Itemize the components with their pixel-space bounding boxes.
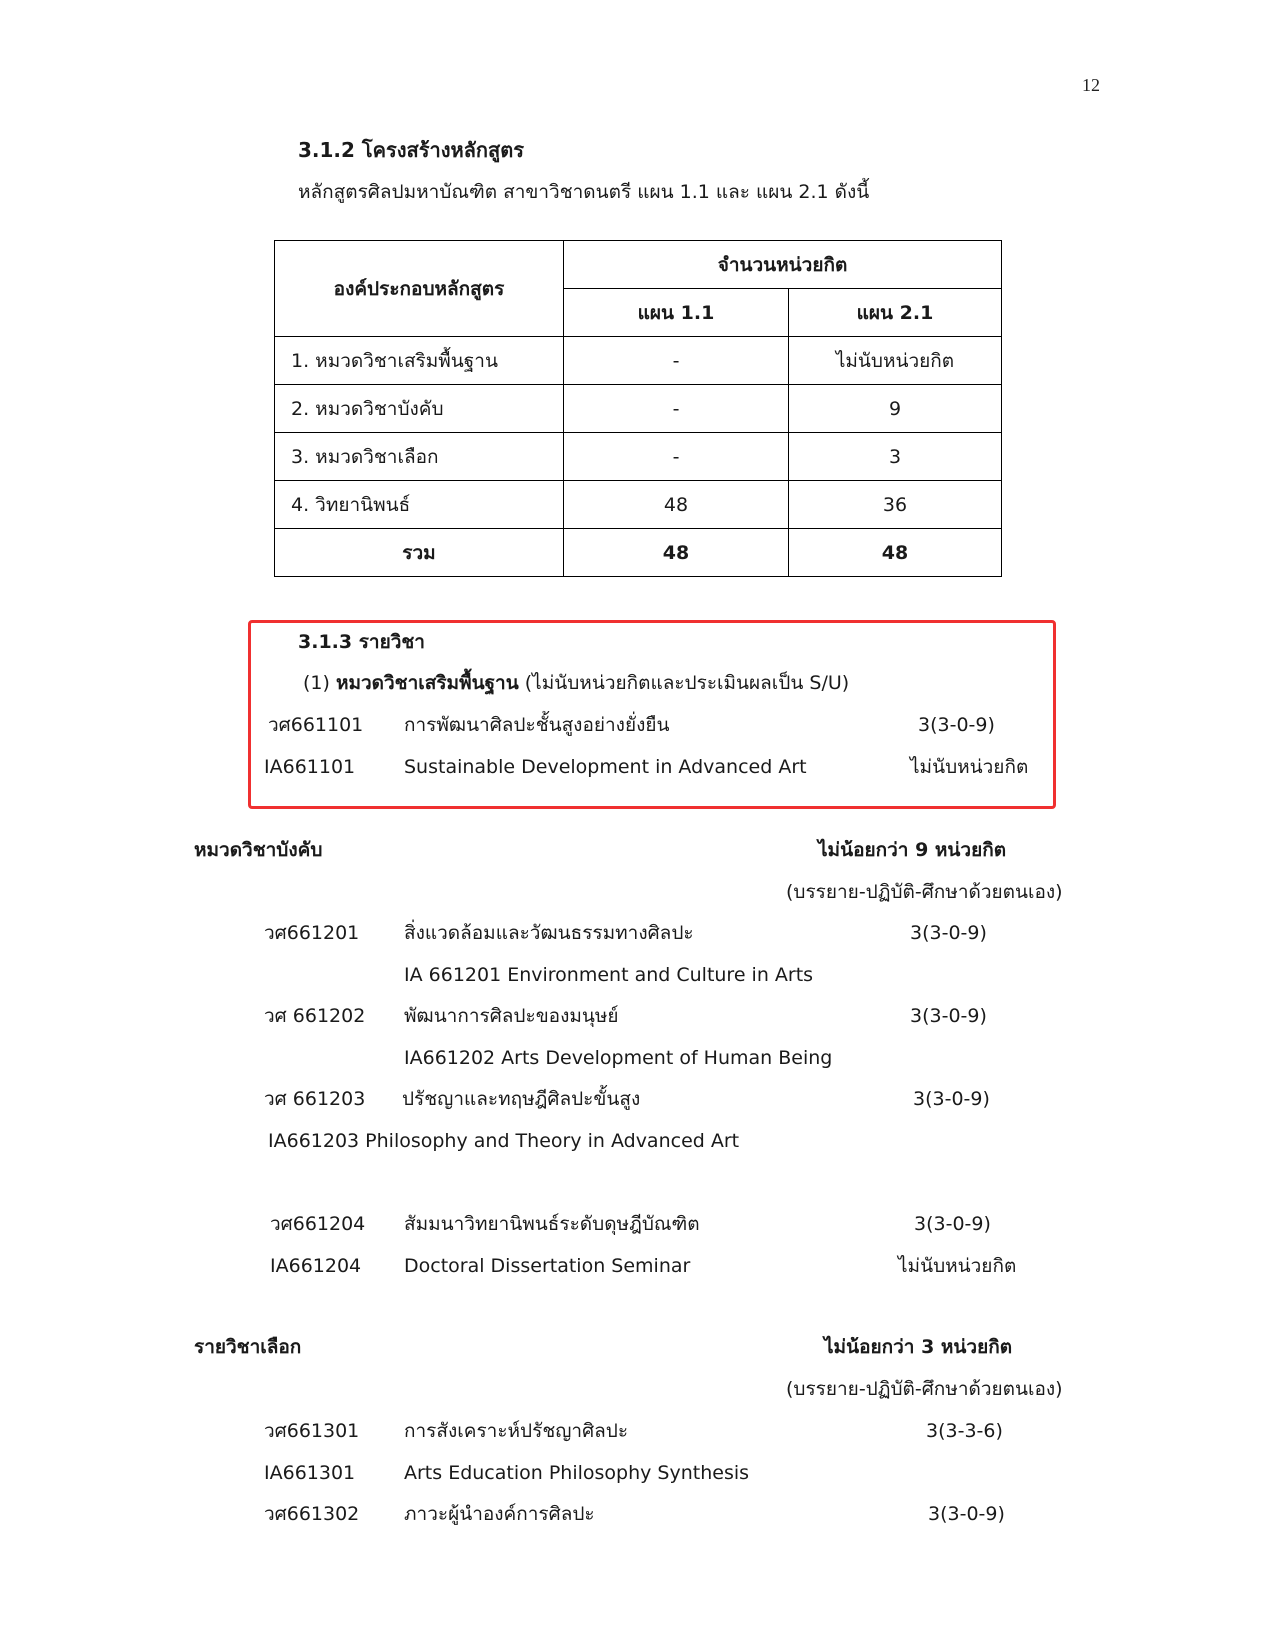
course-code: วศ661302 [264,1502,359,1526]
course-name: สัมมนาวิทยานิพนธ์ระดับดุษฎีบัณฑิต [404,1212,700,1236]
course-code: IA661301 [264,1461,355,1485]
header-plan-1-1: แผน 1.1 [564,289,789,337]
group-title: หมวดวิชาเสริมพื้นฐาน [336,672,519,694]
course-credits: 3(3-0-9) [910,1004,987,1028]
course-name: พัฒนาการศิลปะของมนุษย์ [404,1004,619,1028]
course-code: วศ661101 [268,713,363,737]
course-code: วศ 661202 [264,1004,365,1028]
course-code: วศ661201 [264,921,359,945]
table-row: 4. วิทยานิพนธ์ 48 36 [275,481,1002,529]
row-plan2: ไม่นับหน่วยกิต [789,337,1002,385]
credit-structure-table: องค์ประกอบหลักสูตร จำนวนหน่วยกิต แผน 1.1… [274,240,1002,577]
course-code: วศ 661203 [264,1087,365,1111]
course-name-en: IA661203 Philosophy and Theory in Advanc… [268,1129,739,1153]
row-label: 3. หมวดวิชาเลือก [275,433,564,481]
header-component: องค์ประกอบหลักสูตร [275,241,564,337]
row-plan2: 9 [789,385,1002,433]
group-prefix: (1) [303,672,336,694]
course-name: Sustainable Development in Advanced Art [404,755,807,779]
course-credits: 3(3-0-9) [914,1212,991,1236]
foundation-group-line: (1) หมวดวิชาเสริมพื้นฐาน (ไม่นับหน่วยกิต… [303,671,849,695]
course-name: การพัฒนาศิลปะชั้นสูงอย่างยั่งยืน [404,713,669,737]
course-code: IA661204 [270,1254,361,1278]
course-name-en: IA661202 Arts Development of Human Being [404,1046,832,1070]
total-label: รวม [275,529,564,577]
course-name-en: IA 661201 Environment and Culture in Art… [404,963,813,987]
course-code: วศ661301 [264,1419,359,1443]
elective-format-note: (บรรยาย-ปฏิบัติ-ศึกษาด้วยตนเอง) [786,1377,1063,1401]
row-plan1: - [564,433,789,481]
table-row: 1. หมวดวิชาเสริมพื้นฐาน - ไม่นับหน่วยกิต [275,337,1002,385]
course-credits: 3(3-0-9) [910,921,987,945]
course-credits: 3(3-3-6) [926,1419,1003,1443]
course-credits: 3(3-0-9) [918,713,995,737]
total-plan2: 48 [789,529,1002,577]
course-name: ปรัชญาและทฤษฎีศิลปะขั้นสูง [402,1087,640,1111]
required-group-title: หมวดวิชาบังคับ [194,838,322,862]
row-plan1: - [564,385,789,433]
course-credits: ไม่นับหน่วยกิต [910,755,1028,779]
course-name: Arts Education Philosophy Synthesis [404,1461,749,1485]
course-name: สิ่งแวดล้อมและวัฒนธรรมทางศิลปะ [404,921,694,945]
course-name: Doctoral Dissertation Seminar [404,1254,690,1278]
required-min-credits: ไม่น้อยกว่า 9 หน่วยกิต [818,838,1006,862]
course-name: ภาวะผู้นำองค์การศิลปะ [404,1502,595,1526]
row-plan2: 3 [789,433,1002,481]
elective-min-credits: ไม่น้อยกว่า 3 หน่วยกิต [824,1335,1012,1359]
row-plan1: 48 [564,481,789,529]
required-format-note: (บรรยาย-ปฏิบัติ-ศึกษาด้วยตนเอง) [786,880,1063,904]
elective-group-title: รายวิชาเลือก [194,1335,301,1359]
total-plan1: 48 [564,529,789,577]
header-plan-2-1: แผน 2.1 [789,289,1002,337]
row-label: 2. หมวดวิชาบังคับ [275,385,564,433]
course-credits: 3(3-0-9) [928,1502,1005,1526]
header-credits: จำนวนหน่วยกิต [564,241,1002,289]
course-credits: 3(3-0-9) [913,1087,990,1111]
table-row: 3. หมวดวิชาเลือก - 3 [275,433,1002,481]
section-heading-courses: 3.1.3 รายวิชา [298,630,425,654]
section-intro: หลักสูตรศิลปมหาบัณฑิต สาขาวิชาดนตรี แผน … [298,180,869,204]
course-name: การสังเคราะห์ปรัชญาศิลปะ [404,1419,628,1443]
group-note: (ไม่นับหน่วยกิตและประเมินผลเป็น S/U) [519,672,849,694]
row-plan2: 36 [789,481,1002,529]
page-number: 12 [1082,75,1100,96]
table-total-row: รวม 48 48 [275,529,1002,577]
section-heading-curriculum-structure: 3.1.2 โครงสร้างหลักสูตร [298,138,524,162]
course-code: IA661101 [264,755,355,779]
table-row: 2. หมวดวิชาบังคับ - 9 [275,385,1002,433]
course-credits: ไม่นับหน่วยกิต [898,1254,1016,1278]
row-label: 1. หมวดวิชาเสริมพื้นฐาน [275,337,564,385]
row-label: 4. วิทยานิพนธ์ [275,481,564,529]
course-code: วศ661204 [270,1212,365,1236]
row-plan1: - [564,337,789,385]
